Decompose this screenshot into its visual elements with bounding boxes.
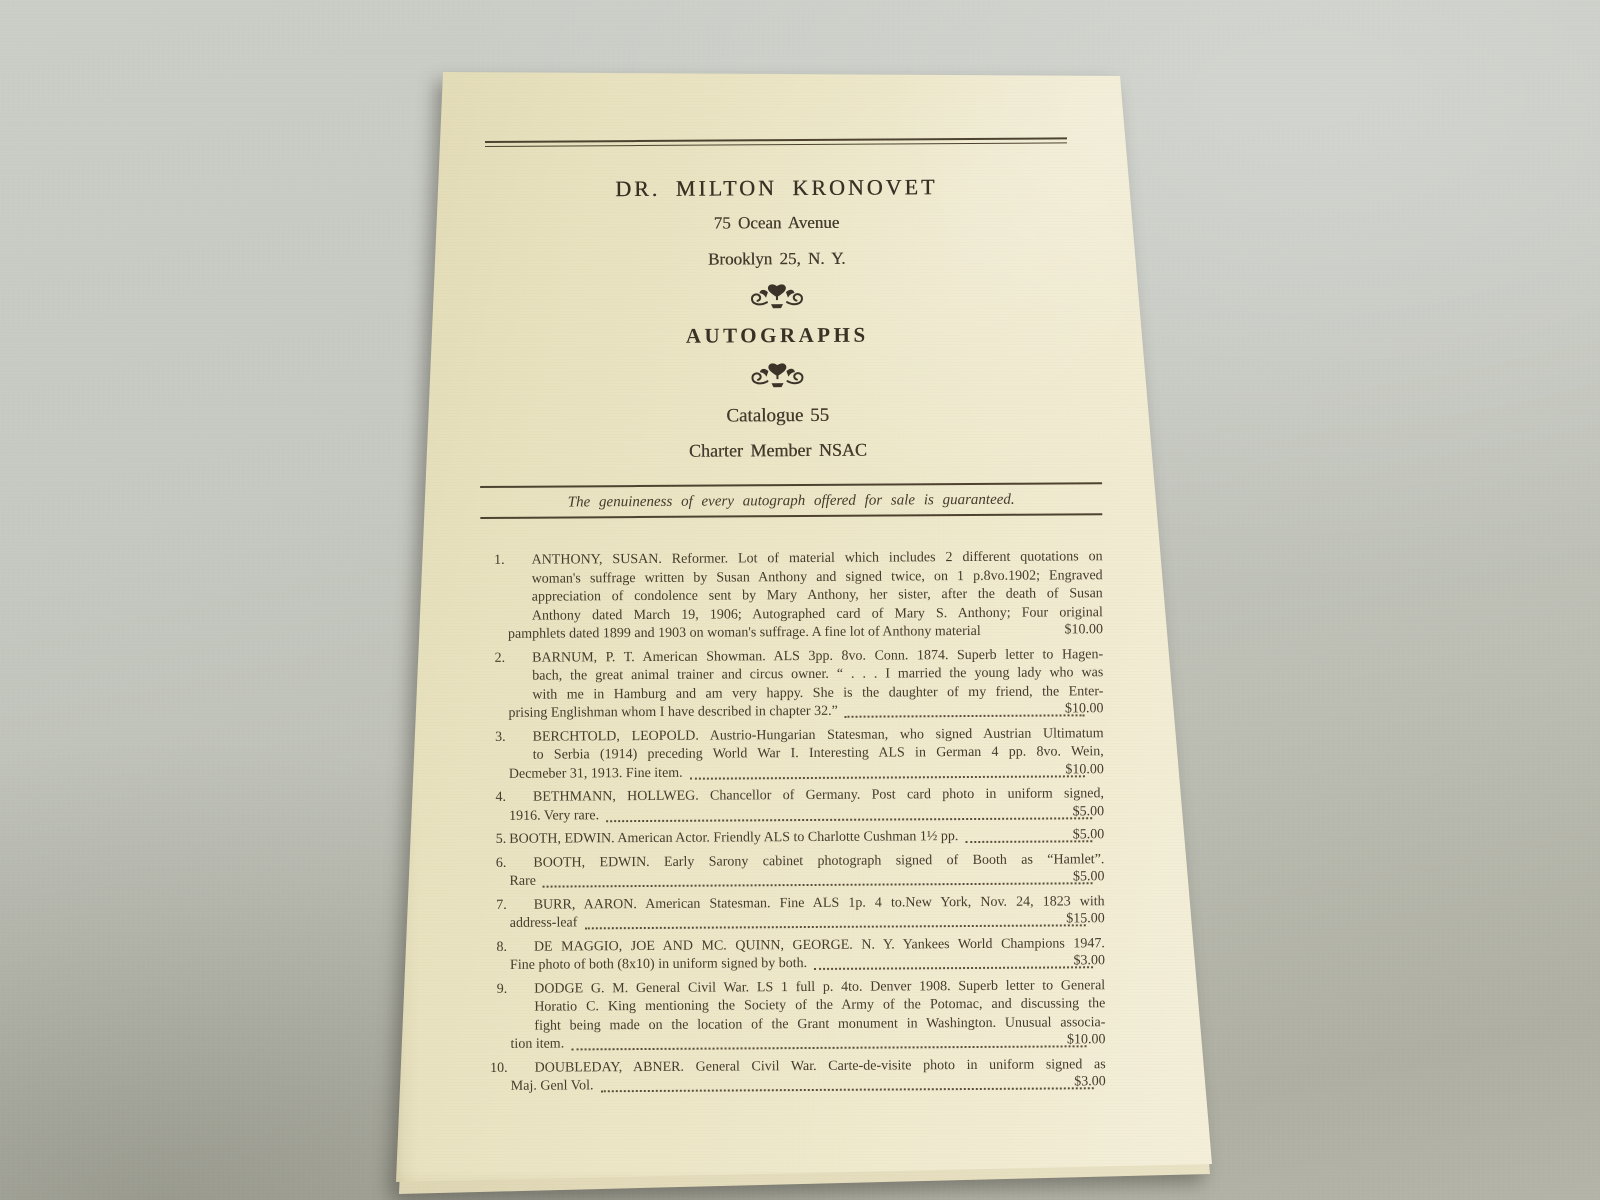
dot-leader (584, 924, 1085, 929)
item-line: BOOTH, EDWIN. Early Sarony cabinet photo… (533, 851, 1104, 873)
catalog-item: 9.DODGE G. M. General Civil War. LS 1 fu… (483, 977, 1105, 1055)
item-text: BERCHTOLD, LEOPOLD. Austrio-Hungarian St… (509, 725, 1104, 784)
fleuron-ornament (479, 359, 1075, 393)
item-number: 7. (483, 896, 507, 933)
item-price-line: Fine photo of both (8x10) in uniform sig… (534, 953, 1105, 975)
item-line: tion item. (534, 1035, 564, 1054)
dot-leader (845, 714, 1084, 717)
photo-background: DR. MILTON KRONOVET 75 Ocean Avenue Broo… (0, 0, 1600, 1200)
top-double-rule (485, 137, 1067, 147)
item-text: DE MAGGIO, JOE AND MC. QUINN, GEORGE. N.… (510, 935, 1105, 976)
item-line: Rare (533, 873, 536, 892)
dealer-name: DR. MILTON KRONOVET (478, 173, 1074, 203)
item-price-line: address-leaf$15.00 (534, 911, 1105, 933)
item-number: 2. (481, 649, 505, 723)
item-line: pamphlets dated 1899 and 1903 on woman's… (532, 623, 981, 644)
catalog-item: 2.BARNUM, P. T. American Showman. ALS 3p… (481, 646, 1103, 724)
item-price: $5.00 (1097, 803, 1105, 822)
dot-leader (571, 1045, 1086, 1050)
item-text: BOOTH, EDWIN. American Actor. Friendly A… (509, 827, 1104, 849)
item-line: with me in Hamburg and am very happy. Sh… (532, 683, 1103, 705)
item-text: BETHMANN, HOLLWEG. Chancellor of Germany… (509, 785, 1104, 826)
item-price-line: prising Englishman whom I have described… (532, 701, 1103, 723)
item-price-line: tion item.$10.00 (534, 1032, 1105, 1054)
fleuron-ornament (479, 280, 1075, 314)
item-price: $10.00 (1091, 1031, 1106, 1050)
item-line: Maj. Genl Vol. (535, 1077, 594, 1096)
item-price: $3.00 (1097, 952, 1105, 971)
item-price-line: Decmeber 31, 1913. Fine item.$10.00 (533, 762, 1104, 784)
dot-leader (814, 966, 1092, 970)
item-price: $10.00 (1088, 621, 1103, 640)
item-line: 1916. Very rare. (533, 807, 599, 826)
catalogue-number: Catalogue 55 (480, 403, 1076, 429)
item-line: address-leaf (534, 914, 578, 933)
item-text: DOUBLEDAY, ABNER. General Civil War. Car… (511, 1056, 1106, 1097)
catalog-item: 1.ANTHONY, SUSAN. Reformer. Lot of mater… (481, 548, 1104, 644)
item-text: BOOTH, EDWIN. Early Sarony cabinet photo… (509, 851, 1104, 892)
item-number: 6. (482, 854, 506, 891)
item-number: 3. (482, 728, 506, 784)
item-number: 10. (484, 1059, 508, 1096)
membership-line: Charter Member NSAC (480, 438, 1076, 463)
item-number: 8. (483, 938, 507, 975)
item-price: $10.00 (1089, 700, 1104, 719)
item-line: DOUBLEDAY, ABNER. General Civil War. Car… (535, 1056, 1106, 1078)
item-price-line: Rare$5.00 (533, 869, 1104, 891)
dot-leader (543, 882, 1092, 887)
dot-leader (601, 1087, 1094, 1092)
dealer-address-street: 75 Ocean Avenue (478, 211, 1074, 235)
item-number: 1. (481, 552, 506, 645)
item-price: $15.00 (1090, 910, 1105, 929)
catalog-item: 7.BURR, AARON. American Statesman. Fine … (483, 893, 1105, 934)
item-price: $5.00 (1097, 868, 1105, 887)
item-text: BARNUM, P. T. American Showman. ALS 3pp.… (508, 646, 1103, 724)
catalog-item: 3.BERCHTOLD, LEOPOLD. Austrio-Hungarian … (482, 725, 1104, 784)
item-line: DE MAGGIO, JOE AND MC. QUINN, GEORGE. N.… (534, 935, 1105, 957)
dot-leader (690, 775, 1085, 779)
section-title: AUTOGRAPHS (479, 321, 1075, 350)
item-number: 4. (482, 789, 506, 826)
catalog-page: DR. MILTON KRONOVET 75 Ocean Avenue Broo… (393, 68, 1217, 1200)
item-price: $3.00 (1098, 1073, 1106, 1092)
item-price: $10.00 (1089, 761, 1104, 780)
item-line: Anthony dated March 19, 1906; Autographe… (532, 604, 1103, 626)
item-line: BETHMANN, HOLLWEG. Chancellor of Germany… (533, 785, 1104, 807)
item-number: 9. (483, 980, 507, 1054)
catalog-item: 6.BOOTH, EDWIN. Early Sarony cabinet pho… (482, 851, 1104, 892)
item-line: prising Englishman whom I have described… (532, 703, 837, 723)
catalog-item: 8.DE MAGGIO, JOE AND MC. QUINN, GEORGE. … (483, 935, 1105, 976)
dealer-address-city: Brooklyn 25, N. Y. (479, 247, 1075, 271)
catalog-item: 4.BETHMANN, HOLLWEG. Chancellor of Germa… (482, 785, 1104, 826)
item-price: $5.00 (1097, 826, 1105, 845)
item-line: fight being made on the location of the … (534, 1014, 1105, 1036)
item-price-line: pamphlets dated 1899 and 1903 on woman's… (532, 622, 1103, 644)
dot-leader (606, 817, 1092, 822)
item-number: 5. (482, 831, 506, 850)
item-line: Fine photo of both (8x10) in uniform sig… (534, 955, 807, 975)
catalog-header: DR. MILTON KRONOVET 75 Ocean Avenue Broo… (478, 137, 1102, 463)
item-price-line: 1916. Very rare.$5.00 (533, 804, 1104, 826)
page-content: DR. MILTON KRONOVET 75 Ocean Avenue Broo… (478, 137, 1106, 1101)
item-price-line: BOOTH, EDWIN. American Actor. Friendly A… (533, 827, 1104, 849)
item-text: ANTHONY, SUSAN. Reformer. Lot of materia… (508, 548, 1104, 644)
item-line: BURR, AARON. American Statesman. Fine AL… (534, 893, 1105, 915)
catalog-item: 10.DOUBLEDAY, ABNER. General Civil War. … (484, 1056, 1106, 1097)
item-text: DODGE G. M. General Civil War. LS 1 full… (510, 977, 1105, 1055)
guarantee-banner: The genuineness of every autograph offer… (480, 482, 1102, 519)
item-text: BURR, AARON. American Statesman. Fine AL… (510, 893, 1105, 934)
item-price-line: Maj. Genl Vol.$3.00 (535, 1074, 1106, 1096)
item-line: Decmeber 31, 1913. Fine item. (533, 764, 683, 783)
item-line: to Serbia (1914) preceding World War I. … (533, 743, 1104, 765)
guarantee-text: The genuineness of every autograph offer… (568, 492, 1015, 511)
item-line: BOOTH, EDWIN. American Actor. Friendly A… (533, 828, 958, 849)
catalog-item: 5.BOOTH, EDWIN. American Actor. Friendly… (482, 827, 1104, 849)
catalog-items: 1.ANTHONY, SUSAN. Reformer. Lot of mater… (481, 548, 1106, 1096)
catalog-booklet: DR. MILTON KRONOVET 75 Ocean Avenue Broo… (393, 68, 1217, 1200)
